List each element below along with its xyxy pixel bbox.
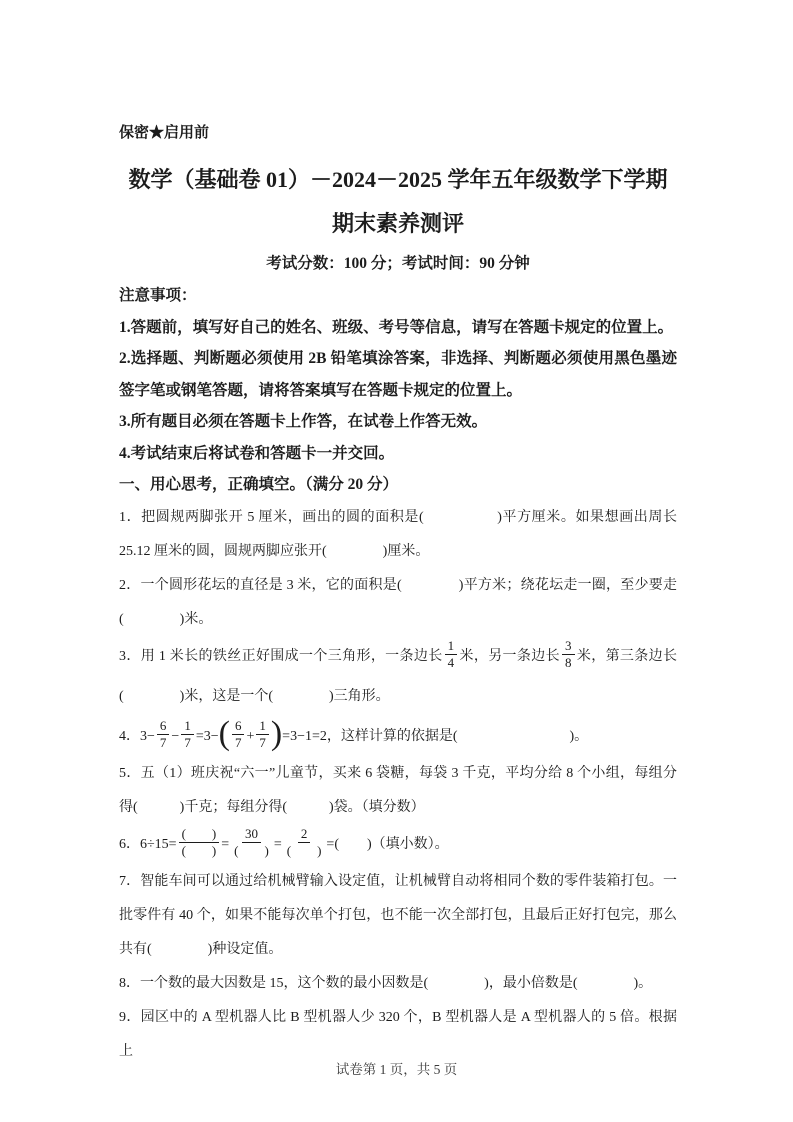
fraction-6-7: 67 (157, 718, 170, 752)
fraction-1-4: 14 (445, 638, 458, 672)
q6-answer-blank: ( ) (334, 837, 371, 852)
question-3: 3．用 1 米长的铁丝正好围成一个三角形，一条边长14米，另一条边长38米，第三… (119, 637, 677, 717)
numerator: 30 (242, 826, 261, 843)
q4-text-2: − (171, 729, 179, 744)
note-1: 1.答题前，填写好自己的姓名、班级、考号等信息，请写在答题卡规定的位置上。 (119, 312, 677, 344)
denominator: 7 (256, 735, 269, 751)
fraction-1-7: 17 (181, 718, 194, 752)
fraction-3-8: 38 (562, 638, 575, 672)
denominator: ( ) (284, 843, 325, 859)
denominator: 8 (562, 655, 575, 671)
denominator: 7 (181, 735, 194, 751)
fraction-blank-blank: ( )( ) (179, 826, 220, 860)
right-parenthesis: ) (271, 715, 282, 752)
q4-plus-sign: + (246, 729, 254, 744)
left-parenthesis: ( (219, 715, 230, 752)
equals-sign: = (221, 837, 229, 852)
denominator: 7 (232, 735, 245, 751)
q4-text-3: =3− (196, 729, 219, 744)
question-2: 2．一个圆形花坛的直径是 3 米，它的面积是( )平方米；绕花坛走一圈，至少要走… (119, 569, 677, 637)
denominator: ( ) (179, 843, 220, 859)
q4-text-5: =3−1=2 (282, 729, 327, 744)
q3-text-2: 米，另一条边长 (459, 649, 560, 664)
denominator: ( ) (231, 843, 272, 859)
numerator: 1 (256, 718, 269, 735)
denominator: 4 (445, 655, 458, 671)
section-1-header: 一、用心思考，正确填空。（满分 20 分） (119, 469, 677, 501)
numerator: ( ) (179, 826, 220, 843)
numerator: 6 (157, 718, 170, 735)
fraction-2-blank: 2( ) (284, 826, 325, 860)
equals-sign: = (274, 837, 282, 852)
fraction-6-7: 67 (232, 718, 245, 752)
q4-text-6: ，这样计算的依据是( )。 (327, 729, 588, 744)
q6-text-1: 6．6÷15= (119, 837, 177, 852)
q6-text-3: （填小数）。 (372, 837, 449, 852)
exam-info: 考试分数：100 分；考试时间：90 分钟 (119, 248, 677, 280)
fraction-1-7: 17 (256, 718, 269, 752)
security-notice: 保密★启用前 (119, 118, 677, 148)
numerator: 2 (298, 826, 311, 843)
note-4: 4.考试结束后将试卷和答题卡一并交回。 (119, 438, 677, 470)
question-4: 4．3−67−17=3−(67+17)=3−1=2，这样计算的依据是( )。 (119, 717, 677, 757)
denominator: 7 (157, 735, 170, 751)
question-5: 5．五（1）班庆祝“六一”儿童节，买来 6 袋糖，每袋 3 千克，平均分给 8 … (119, 757, 677, 825)
question-1: 1．把圆规两脚张开 5 厘米，画出的圆的面积是( )平方厘米。如果想画出周长 2… (119, 501, 677, 569)
page-footer: 试卷第 1 页，共 5 页 (0, 1058, 793, 1078)
fraction-30-blank: 30( ) (231, 826, 272, 860)
note-3: 3.所有题目必须在答题卡上作答，在试卷上作答无效。 (119, 406, 677, 438)
numerator: 1 (181, 718, 194, 735)
notes-header: 注意事项： (119, 280, 677, 312)
q4-text-1: 4．3− (119, 729, 155, 744)
note-2: 2.选择题、判断题必须使用 2B 铅笔填涂答案，非选择、判断题必须使用黑色墨迹签… (119, 343, 677, 406)
numerator: 3 (562, 638, 575, 655)
question-7: 7．智能车间可以通过给机械臂输入设定值，让机械臂自动将相同个数的零件装箱打包。一… (119, 865, 677, 967)
q3-text-1: 3．用 1 米长的铁丝正好围成一个三角形，一条边长 (119, 649, 443, 664)
question-6: 6．6÷15=( )( )=30( )=2( )=( )（填小数）。 (119, 825, 677, 865)
exam-paper-page: 保密★启用前 数学（基础卷 01）－2024－2025 学年五年级数学下学期期末… (0, 0, 793, 1122)
numerator: 1 (445, 638, 458, 655)
page-content: 保密★启用前 数学（基础卷 01）－2024－2025 学年五年级数学下学期期末… (119, 118, 677, 1069)
page-title: 数学（基础卷 01）－2024－2025 学年五年级数学下学期期末素养测评 (119, 158, 677, 246)
numerator: 6 (232, 718, 245, 735)
question-8: 8．一个数的最大因数是 15，这个数的最小因数是( )，最小倍数是( )。 (119, 967, 677, 1001)
